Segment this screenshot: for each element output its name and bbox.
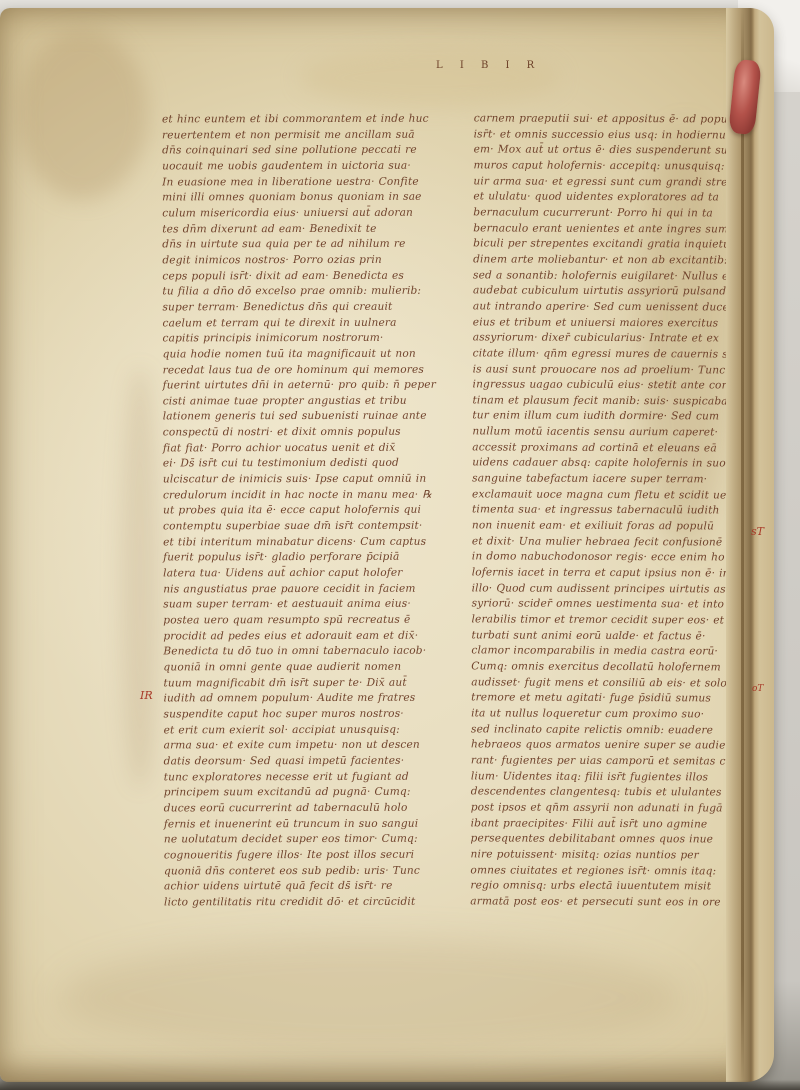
text-line: tur enim illum cum iudith dormire· Sed c… <box>472 409 766 426</box>
text-line: exclamauit uoce magna cum fletu et scidi… <box>472 487 766 504</box>
text-line: fuerint uirtutes dn̄i in aeternū· pro qu… <box>163 378 463 394</box>
text-line: uocauit me uobis gaudentem in uictoria s… <box>162 159 462 175</box>
text-line: et erit cum exierit sol· accipiat unusqu… <box>164 722 464 738</box>
edge-rubric-mark: sT <box>751 525 764 538</box>
text-line: armatā post eos· et persecuti sunt eos i… <box>470 894 764 911</box>
text-line: omnes ciuitates et regiones isr̄t· omnis… <box>470 863 764 880</box>
text-line: assyriorum· dixer̄ cubicularius· Intrate… <box>473 331 767 348</box>
text-line: recedat laus tua de ore hominum qui memo… <box>163 362 463 378</box>
text-line: hebraeos quos armatos uenire super se au… <box>471 738 765 755</box>
text-line: et dixit· Una mulier hebraea fecit confu… <box>472 534 766 551</box>
edge-rubric-mark-small: oT <box>752 684 763 694</box>
text-line: lofernis iacet in terra et caput ipsius … <box>472 565 766 582</box>
photo-backdrop: L I B I R et hinc euntem et ibi commoran… <box>0 0 800 1090</box>
text-line: tuum magnificabit dm̄ isr̄t super te· Di… <box>163 675 463 691</box>
text-line: In euasione mea in liberatione uestra· C… <box>162 174 462 190</box>
text-line: conspectū di nostri· et dixit omnis popu… <box>163 425 463 441</box>
text-line: tu filia a dn̄o dō excelso prae omnib: m… <box>162 284 462 300</box>
parchment-stain <box>18 30 148 200</box>
text-line: illo· Quod cum audissent principes uirtu… <box>472 581 766 598</box>
text-line: em· Mox aut̄ ut ortus ē· dies suspenderu… <box>474 143 768 160</box>
text-line: in domo nabuchodonosor regis· ecce enim … <box>472 550 766 567</box>
text-line: nis angustiatus prae pauore cecidit in f… <box>163 581 463 597</box>
text-line: citate illum· qn̄m egressi mures de caue… <box>473 346 767 363</box>
parchment-stain <box>60 938 680 1058</box>
text-line: ibant praecipites· Filii aut̄ isr̄t uno … <box>471 816 765 833</box>
text-line: postea uero quam resumpto spū recreatus … <box>163 613 463 629</box>
text-line: bernaculum cucurrerunt· Porro hi qui in … <box>473 205 767 222</box>
text-line: eius et tribum et uniuersi maiores exerc… <box>473 315 767 332</box>
text-line: tunc exploratores necesse erit ut fugian… <box>164 769 464 785</box>
text-line: timenta sua· et ingressus tabernaculū iu… <box>472 503 766 520</box>
text-line: degit inimicos nostros· Porro ozias prin <box>162 253 462 269</box>
text-line: suam super terram· et aestuauit anima ei… <box>163 597 463 613</box>
text-line: Benedicta tu dō tuo in omni tabernaculo … <box>163 644 463 660</box>
manuscript-page: L I B I R et hinc euntem et ibi commoran… <box>0 8 772 1082</box>
parchment-stain <box>120 368 160 788</box>
text-line: fiat fiat· Porro achior uocatus uenit et… <box>163 440 463 456</box>
text-line: iudith ad omnem populum· Audite me fratr… <box>163 691 463 707</box>
text-line: turbati sunt animi eorū ualde· et factus… <box>471 628 765 645</box>
text-line: accessit proximans ad cortinā et eleuans… <box>472 440 766 457</box>
text-line: dinem arte moliebantur· et non ab excita… <box>473 252 767 269</box>
text-line: tremore et metu agitati· fuge p̄sidiū su… <box>471 691 765 708</box>
text-line: tes dn̄m dixerunt ad eam· Benedixit te <box>162 221 462 237</box>
text-line: non inuenit eam· et exiliuit foras ad po… <box>472 518 766 535</box>
text-line: contemptu superbiae suae dm̄ isr̄t conte… <box>163 519 463 535</box>
text-line: tinam et plausum fecit manib: suis· susp… <box>472 393 766 410</box>
text-line: duces eorū cucurrerint ad tabernaculū ho… <box>164 800 464 816</box>
text-line: quoniā in omni gente quae audierit nomen <box>163 660 463 676</box>
text-line: suspendite caput hoc super muros nostros… <box>164 707 464 723</box>
text-line: achior uidens uirtutē quā fecit ds̄ isr̄… <box>164 879 464 895</box>
text-line: et tibi interitum minabatur dicens· Cum … <box>163 534 463 550</box>
text-line: ceps populi isr̄t· dixit ad eam· Benedic… <box>162 268 462 284</box>
text-line: ei· Ds̄ isr̄t cui tu testimonium dedisti… <box>163 456 463 472</box>
text-line: licto gentilitatis ritu credidit dō· et … <box>164 894 464 910</box>
text-column-left: et hinc euntem et ibi commorantem et ind… <box>162 112 464 911</box>
text-line: arma sua· et exite cum impetu· non ut de… <box>164 738 464 754</box>
text-line: isr̄t· et omnis successio eius usq: in h… <box>474 127 768 144</box>
text-line: credulorum incidit in hac nocte in manu … <box>163 487 463 503</box>
text-line: capitis principis inimicorum nostrorum· <box>163 331 463 347</box>
text-line: ita ut nullus loqueretur cum proximo suo… <box>471 706 765 723</box>
text-line: ut probes quia ita ē· ecce caput holofer… <box>163 503 463 519</box>
running-title: L I B I R <box>436 60 541 71</box>
text-line: sanguine tabefactum iacere super terram· <box>472 471 766 488</box>
text-line: carnem praeputii sui· et appositus ē· ad… <box>474 111 768 128</box>
text-line: rant· fugientes per uias camporū et semi… <box>471 753 765 770</box>
text-line: procidit ad pedes eius et adorauit eam e… <box>163 628 463 644</box>
text-line: aut intrando aperire· Sed cum uenissent … <box>473 299 767 316</box>
text-line: et hinc euntem et ibi commorantem et ind… <box>162 112 462 128</box>
text-line: quoniā dn̄s conteret eos sub pedib: uris… <box>164 863 464 879</box>
text-line: audisset· fugit mens et consiliū ab eis·… <box>471 675 765 692</box>
text-line: datis deorsum· Sed quasi impetū faciente… <box>164 754 464 770</box>
text-column-right: carnem praeputii sui· et appositus ē· ad… <box>470 111 767 911</box>
text-line: sed inclinato capite relictis omnib: eua… <box>471 722 765 739</box>
text-line: lationem generis tui sed subuenisti ruin… <box>163 409 463 425</box>
text-line: ingressus uagao cubiculū eius· stetit an… <box>473 378 767 395</box>
text-line: mini illi omnes quoniam bonus quoniam in… <box>162 190 462 206</box>
text-line: ne uolutatum decidet super eos timor· Cu… <box>164 832 464 848</box>
text-line: biculi per strepentes excitandi gratia i… <box>473 237 767 254</box>
page-bottom-shadow <box>0 1080 800 1090</box>
text-line: lium· Uidentes itaq: filii isr̄t fugient… <box>471 769 765 786</box>
text-line: regio omnisq: urbs electā iuuentutem mis… <box>470 879 764 896</box>
text-line: culum misericordia eius· uniuersi aut̄ a… <box>162 206 462 222</box>
text-line: audebat cubiculum uirtutis assyriorū pul… <box>473 284 767 301</box>
text-line: uidens cadauer absq: capite holofernis i… <box>472 456 766 473</box>
text-line: dn̄s in uirtute sua quia per te ad nihil… <box>162 237 462 253</box>
text-line: Cumq: omnis exercitus decollatū holofern… <box>471 659 765 676</box>
text-line: reuertentem et non permisit me ancillam … <box>162 127 462 143</box>
text-line: cisti animae tuae propter angustias et t… <box>163 393 463 409</box>
text-line: et ululatu· quod uidentes exploratores a… <box>473 190 767 207</box>
text-line: nire potuissent· misitq: ozias nuntios p… <box>470 847 764 864</box>
text-line: clamor incomparabilis in media castra eo… <box>471 644 765 661</box>
text-line: super terram· Benedictus dn̄s qui creaui… <box>162 299 462 315</box>
text-line: descendentes clangentesq: tubis et ulula… <box>471 785 765 802</box>
text-line: uir arma sua· et egressi sunt cum grandi… <box>473 174 767 191</box>
text-line: principem suum excitandū ad pugnā· Cumq: <box>164 785 464 801</box>
text-line: muros caput holofernis· accepitq: unusqu… <box>473 158 767 175</box>
text-line: sed a sonantib: holofernis euigilaret· N… <box>473 268 767 285</box>
text-line: bernaculo erant uenientes et ante ingres… <box>473 221 767 238</box>
text-line: quia hodie nomen tuū ita magnificauit ut… <box>163 346 463 362</box>
text-line: persequentes debilitabant omnes quos inu… <box>471 832 765 849</box>
text-line: latera tua· Uidens aut̄ achior caput hol… <box>163 566 463 582</box>
text-line: dn̄s coinquinari sed sine pollutione pec… <box>162 143 462 159</box>
parchment-stain <box>300 48 560 108</box>
text-line: post ipsos et qn̄m assyrii non adunati i… <box>471 800 765 817</box>
text-line: lerabilis timor et tremor cecidit super … <box>471 612 765 629</box>
text-line: fuerit populus isr̄t· gladio perforare p… <box>163 550 463 566</box>
text-line: nullum motū iacentis sensu aurium capere… <box>472 424 766 441</box>
margin-rubric-left: IR <box>140 689 153 702</box>
text-line: cognoueritis fugere illos· Ite post illo… <box>164 847 464 863</box>
text-line: caelum et terram qui te direxit in uulne… <box>162 315 462 331</box>
text-line: fernis et inuenerint eū truncum in suo s… <box>164 816 464 832</box>
page-curl-edge <box>726 8 774 1082</box>
text-line: syriorū· scider̄ omnes uestimenta sua· e… <box>472 597 766 614</box>
text-line: ulciscatur de inimicis suis· Ipse caput … <box>163 472 463 488</box>
page-crease <box>741 8 744 1082</box>
text-line: is ausi sunt prouocare nos ad proelium· … <box>473 362 767 379</box>
